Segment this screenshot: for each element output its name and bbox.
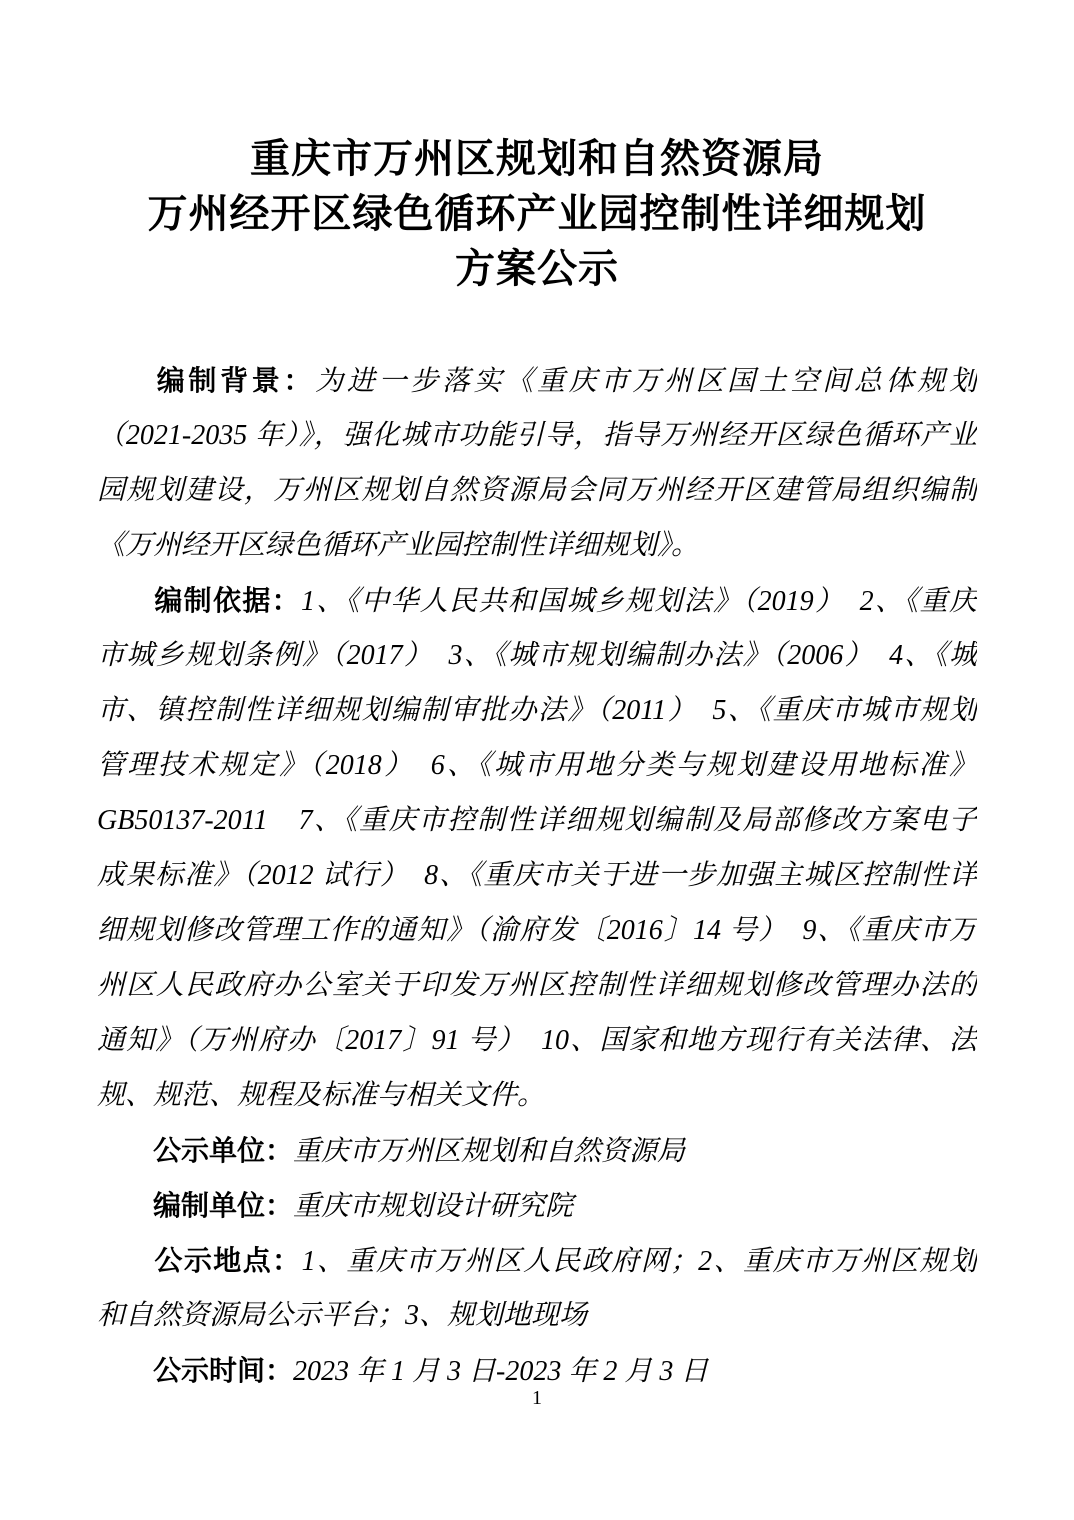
para-text: 1、重庆市万州区人民政府网；2、重庆市万州区规划 xyxy=(302,1246,977,1277)
para-label-background: 编制背景： xyxy=(153,365,315,396)
document-body: 编制背景：为进一步落实《重庆市万州区国土空间总体规划 （2021-2035 年）… xyxy=(97,353,977,1398)
para-label-compile-unit: 编制单位： xyxy=(153,1190,293,1221)
para-text: 成果标准》（2012 试行） 8、《重庆市关于进一步加强主城区控制性详 xyxy=(97,860,977,891)
para-text: 1、《中华人民共和国城乡规划法》（2019） 2、《重庆 xyxy=(301,586,977,617)
paragraph-line: 园规划建设，万州区规划自然资源局会同万州经开区建管局组织编制 xyxy=(97,463,977,518)
para-text: 通知》（万州府办〔2017〕91 号） 10、国家和地方现行有关法律、法 xyxy=(97,1025,977,1056)
paragraph-line: （2021-2035 年）》，强化城市功能引导，指导万州经开区绿色循环产业 xyxy=(97,408,977,463)
paragraph-line: 编制背景：为进一步落实《重庆市万州区国土空间总体规划 xyxy=(97,353,977,408)
para-text: 市城乡规划条例》（2017） 3、《城市规划编制办法》（2006） 4、《城 xyxy=(97,640,977,671)
para-label-notice-unit: 公示单位： xyxy=(153,1135,293,1166)
para-text: 《万州经开区绿色循环产业园控制性详细规划》。 xyxy=(97,530,699,561)
paragraph-line: 管理技术规定》（2018） 6、《城市用地分类与规划建设用地标准》 xyxy=(97,738,977,793)
para-text: 管理技术规定》（2018） 6、《城市用地分类与规划建设用地标准》 xyxy=(97,750,977,781)
para-text: 为进一步落实《重庆市万州区国土空间总体规划 xyxy=(315,366,977,397)
paragraph-line: 成果标准》（2012 试行） 8、《重庆市关于进一步加强主城区控制性详 xyxy=(97,848,977,903)
para-text: 园规划建设，万州区规划自然资源局会同万州经开区建管局组织编制 xyxy=(97,475,977,506)
para-text: 和自然资源局公示平台；3、规划地现场 xyxy=(97,1300,587,1331)
paragraph-line: 编制单位：重庆市规划设计研究院 xyxy=(97,1178,977,1233)
paragraph-line: 编制依据：1、《中华人民共和国城乡规划法》（2019） 2、《重庆 xyxy=(97,573,977,628)
paragraph-line: 细规划修改管理工作的通知》（渝府发〔2016〕14 号） 9、《重庆市万 xyxy=(97,903,977,958)
title-line-3: 方案公示 xyxy=(97,242,977,297)
para-label-basis: 编制依据： xyxy=(153,585,301,616)
title-line-1: 重庆市万州区规划和自然资源局 xyxy=(97,132,977,187)
paragraph-line: 规、规范、规程及标准与相关文件。 xyxy=(97,1068,977,1123)
para-text: 细规划修改管理工作的通知》（渝府发〔2016〕14 号） 9、《重庆市万 xyxy=(97,915,977,946)
paragraph-line: GB50137-2011 7、《重庆市控制性详细规划编制及局部修改方案电子 xyxy=(97,793,977,848)
para-text: 规、规范、规程及标准与相关文件。 xyxy=(97,1080,545,1111)
paragraph-line: 州区人民政府办公室关于印发万州区控制性详细规划修改管理办法的 xyxy=(97,958,977,1013)
paragraph-line: 《万州经开区绿色循环产业园控制性详细规划》。 xyxy=(97,518,977,573)
paragraph-line: 市城乡规划条例》（2017） 3、《城市规划编制办法》（2006） 4、《城 xyxy=(97,628,977,683)
para-text: 重庆市万州区规划和自然资源局 xyxy=(293,1136,685,1167)
para-text: 州区人民政府办公室关于印发万州区控制性详细规划修改管理办法的 xyxy=(97,970,977,1001)
paragraph-line: 公示单位：重庆市万州区规划和自然资源局 xyxy=(97,1123,977,1178)
document-content: 重庆市万州区规划和自然资源局 万州经开区绿色循环产业园控制性详细规划 方案公示 … xyxy=(97,0,977,1398)
paragraph-line: 公示地点：1、重庆市万州区人民政府网；2、重庆市万州区规划 xyxy=(97,1233,977,1288)
paragraph-line: 市、镇控制性详细规划编制审批办法》（2011） 5、《重庆市城市规划 xyxy=(97,683,977,738)
paragraph-line: 通知》（万州府办〔2017〕91 号） 10、国家和地方现行有关法律、法 xyxy=(97,1013,977,1068)
para-text: （2021-2035 年）》，强化城市功能引导，指导万州经开区绿色循环产业 xyxy=(97,420,977,451)
para-text: 2023 年 1 月 3 日-2023 年 2 月 3 日 xyxy=(293,1356,708,1387)
para-text: GB50137-2011 7、《重庆市控制性详细规划编制及局部修改方案电子 xyxy=(97,805,977,836)
para-text: 市、镇控制性详细规划编制审批办法》（2011） 5、《重庆市城市规划 xyxy=(97,695,977,726)
page-number: 1 xyxy=(0,1386,1074,1410)
document-page: 重庆市万州区规划和自然资源局 万州经开区绿色循环产业园控制性详细规划 方案公示 … xyxy=(0,0,1074,1520)
paragraph-line: 和自然资源局公示平台；3、规划地现场 xyxy=(97,1288,977,1343)
para-label-notice-time: 公示时间： xyxy=(153,1355,293,1386)
document-title: 重庆市万州区规划和自然资源局 万州经开区绿色循环产业园控制性详细规划 方案公示 xyxy=(97,132,977,297)
para-label-notice-location: 公示地点： xyxy=(153,1245,302,1276)
para-text: 重庆市规划设计研究院 xyxy=(293,1191,573,1222)
title-line-2: 万州经开区绿色循环产业园控制性详细规划 xyxy=(97,187,977,242)
